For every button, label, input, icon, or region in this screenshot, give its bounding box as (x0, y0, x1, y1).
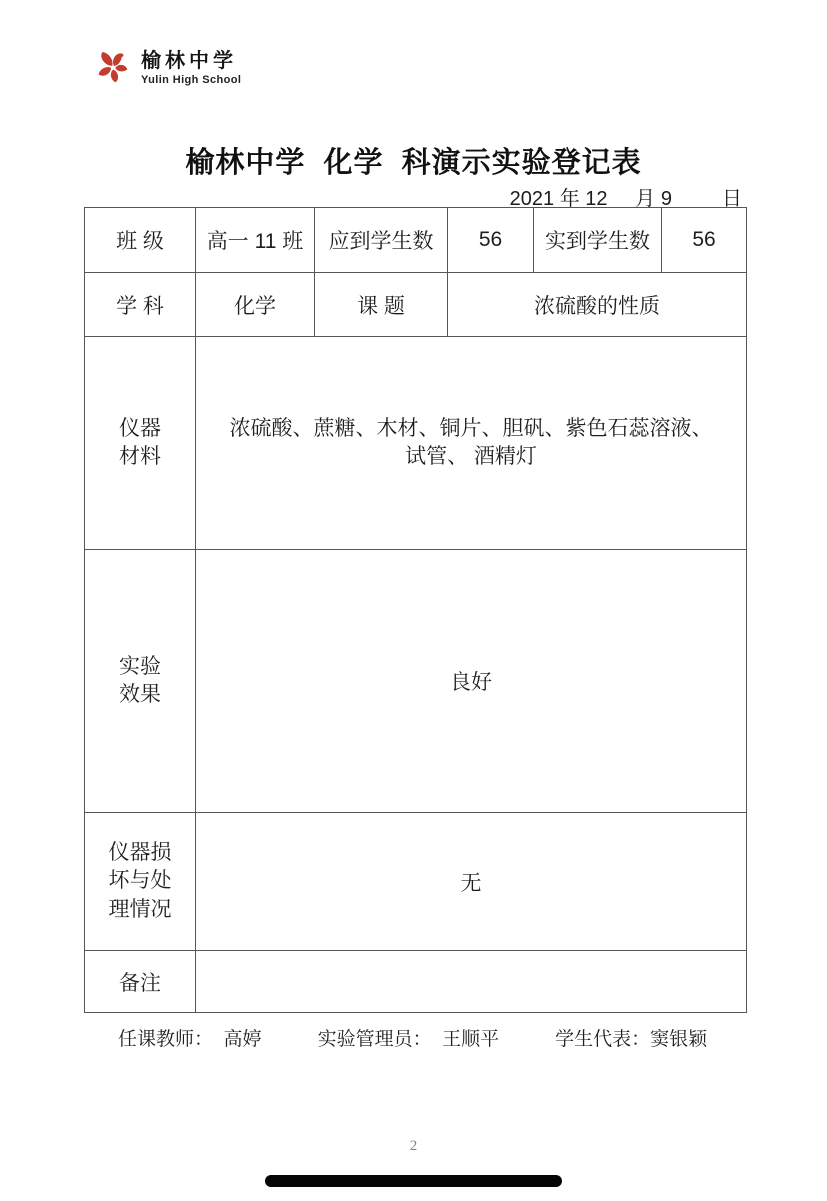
topic-value-cell: 浓硫酸的性质 (448, 273, 747, 337)
table-row-remark: 备注 (85, 951, 747, 1013)
table-row-class: 班 级 高一 11 班 应到学生数 56 实到学生数 56 (85, 208, 747, 273)
result-label-cell: 实验 效果 (85, 550, 196, 813)
school-logo-text: 榆林中学 Yulin High School (141, 50, 241, 86)
class-label-cell: 班 级 (85, 208, 196, 273)
table-row-result: 实验 效果 良好 (85, 550, 747, 813)
subject-label-cell: 学 科 (85, 273, 196, 337)
topic-label-cell: 课 题 (315, 273, 448, 337)
materials-value-cell: 浓硫酸、蔗糖、木材、铜片、胆矾、紫色石蕊溶液、 试管、 酒精灯 (196, 337, 747, 550)
form-title: 榆林中学 化学 科演示实验登记表 (0, 140, 827, 181)
result-value-cell: 良好 (196, 550, 747, 813)
actual-students-label-cell: 实到学生数 (534, 208, 662, 273)
table-row-damage: 仪器损 坏与处 理情况 无 (85, 813, 747, 951)
signature-line: 任课教师： 高婷 实验管理员： 王顺平 学生代表：窦银颖 (84, 1024, 746, 1051)
damage-value-cell: 无 (196, 813, 747, 951)
materials-label-cell: 仪器 材料 (85, 337, 196, 550)
document-page: 榆林中学 Yulin High School 榆林中学 化学 科演示实验登记表 … (0, 0, 827, 1201)
school-name-english: Yulin High School (141, 74, 241, 86)
signature-lab-manager: 实验管理员： 王顺平 (318, 1024, 500, 1051)
class-value-cell: 高一 11 班 (196, 208, 315, 273)
page-number: 2 (0, 1138, 827, 1155)
school-logo: 榆林中学 Yulin High School (93, 44, 241, 88)
remark-label-cell: 备注 (85, 951, 196, 1013)
expected-students-value-cell: 56 (448, 208, 534, 273)
damage-label-cell: 仪器损 坏与处 理情况 (85, 813, 196, 951)
subject-value-cell: 化学 (196, 273, 315, 337)
experiment-registration-table: 班 级 高一 11 班 应到学生数 56 实到学生数 56 学 科 化学 课 题… (84, 207, 747, 1013)
signature-teacher: 任课教师： 高婷 (118, 1024, 262, 1051)
school-name-chinese: 榆林中学 (141, 50, 241, 72)
table-row-materials: 仪器 材料 浓硫酸、蔗糖、木材、铜片、胆矾、紫色石蕊溶液、 试管、 酒精灯 (85, 337, 747, 550)
actual-students-value-cell: 56 (662, 208, 747, 273)
remark-value-cell (196, 951, 747, 1013)
home-indicator-bar[interactable] (265, 1175, 562, 1187)
table-row-subject: 学 科 化学 课 题 浓硫酸的性质 (85, 273, 747, 337)
expected-students-label-cell: 应到学生数 (315, 208, 448, 273)
flower-logo-icon (93, 44, 133, 88)
signature-student-representative: 学生代表：窦银颖 (555, 1024, 707, 1051)
